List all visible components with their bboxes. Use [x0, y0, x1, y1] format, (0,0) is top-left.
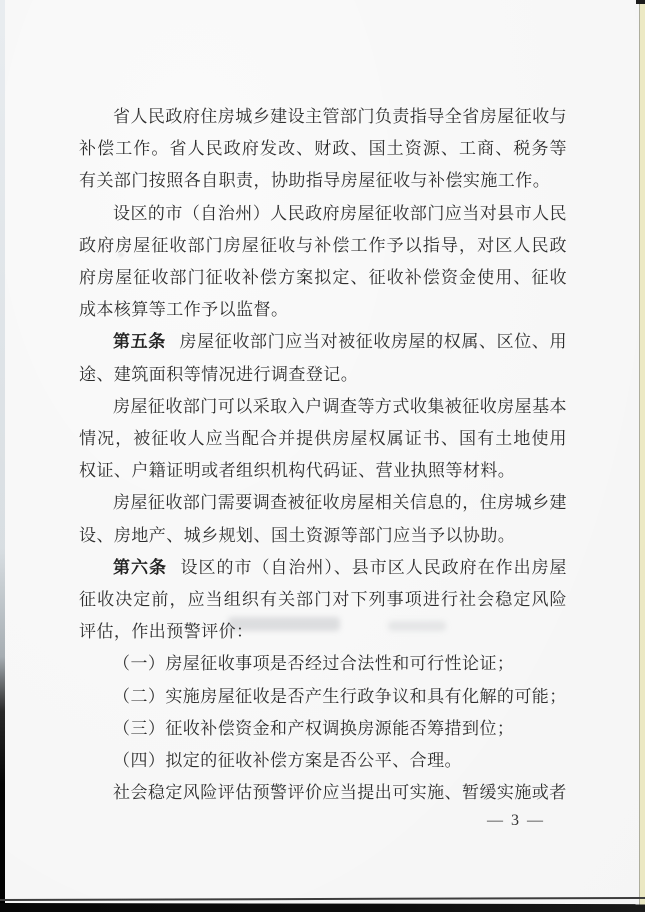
list-item-1: （一）房屋征收事项是否经过合法性和可行性论证；	[79, 648, 567, 680]
paragraph: 省人民政府住房城乡建设主管部门负责指导全省房屋征收与补偿工作。省人民政府发改、财…	[79, 101, 567, 198]
article-number: 第六条	[113, 558, 167, 577]
paragraph-article-5: 第五条房屋征收部门应当对被征收房屋的权属、区位、用途、建筑面积等情况进行调查登记…	[79, 326, 567, 390]
article-number: 第五条	[113, 332, 166, 351]
scanned-document-page: 省人民政府住房城乡建设主管部门负责指导全省房屋征收与补偿工作。省人民政府发改、财…	[0, 0, 645, 912]
paragraph-text: 设区的市（自治州）人民政府房屋征收部门应当对县市人民政府房屋征收部门房屋征收与补…	[79, 204, 567, 320]
paragraph-article-6: 第六条设区的市（自治州）、县市区人民政府在作出房屋征收决定前，应当组织有关部门对…	[79, 552, 567, 649]
list-item-4: （四）拟定的征收补偿方案是否公平、合理。	[79, 745, 567, 777]
paragraph-text: （二）实施房屋征收是否产生行政争议和具有化解的可能；	[113, 687, 567, 706]
document-text-block: 省人民政府住房城乡建设主管部门负责指导全省房屋征收与补偿工作。省人民政府发改、财…	[79, 101, 567, 809]
paragraph: 社会稳定风险评估预警评价应当提出可实施、暂缓实施或者	[79, 777, 567, 809]
paragraph-text: 房屋征收部门需要调查被征收房屋相关信息的，住房城乡建设、房地产、城乡规划、国土资…	[79, 493, 567, 544]
paragraph: 房屋征收部门需要调查被征收房屋相关信息的，住房城乡建设、房地产、城乡规划、国土资…	[79, 487, 567, 551]
scan-page-bottom-edge-line	[0, 897, 645, 901]
paragraph-text: 房屋征收部门可以采取入户调查等方式收集被征收房屋基本情况，被征收人应当配合并提供…	[79, 397, 567, 480]
paragraph: 设区的市（自治州）人民政府房屋征收部门应当对县市人民政府房屋征收部门房屋征收与补…	[79, 198, 567, 327]
list-item-3: （三）征收补偿资金和产权调换房源能否筹措到位；	[79, 713, 567, 745]
paragraph: 房屋征收部门可以采取入户调查等方式收集被征收房屋基本情况，被征收人应当配合并提供…	[79, 391, 567, 488]
ink-bleed-smudge	[118, 252, 124, 257]
scan-corner-mark	[636, 0, 645, 4]
list-item-2: （二）实施房屋征收是否产生行政争议和具有化解的可能；	[79, 681, 567, 713]
scan-edge-left	[0, 0, 5, 912]
scan-edge-bottom	[0, 903, 645, 912]
paragraph-text: （一）房屋征收事项是否经过合法性和可行性论证；	[113, 654, 514, 673]
ink-bleed-smudge	[388, 621, 446, 631]
paragraph-text: （三）征收补偿资金和产权调换房源能否筹措到位；	[113, 719, 514, 738]
page-number: — 3 —	[79, 808, 545, 834]
paragraph-text: 省人民政府住房城乡建设主管部门负责指导全省房屋征收与补偿工作。省人民政府发改、财…	[79, 107, 567, 190]
ink-bleed-smudge	[228, 617, 340, 631]
scan-edge-right	[639, 0, 645, 912]
paragraph-text: 社会稳定风险评估预警评价应当提出可实施、暂缓实施或者	[113, 783, 567, 802]
paragraph-text: （四）拟定的征收补偿方案是否公平、合理。	[113, 751, 462, 770]
